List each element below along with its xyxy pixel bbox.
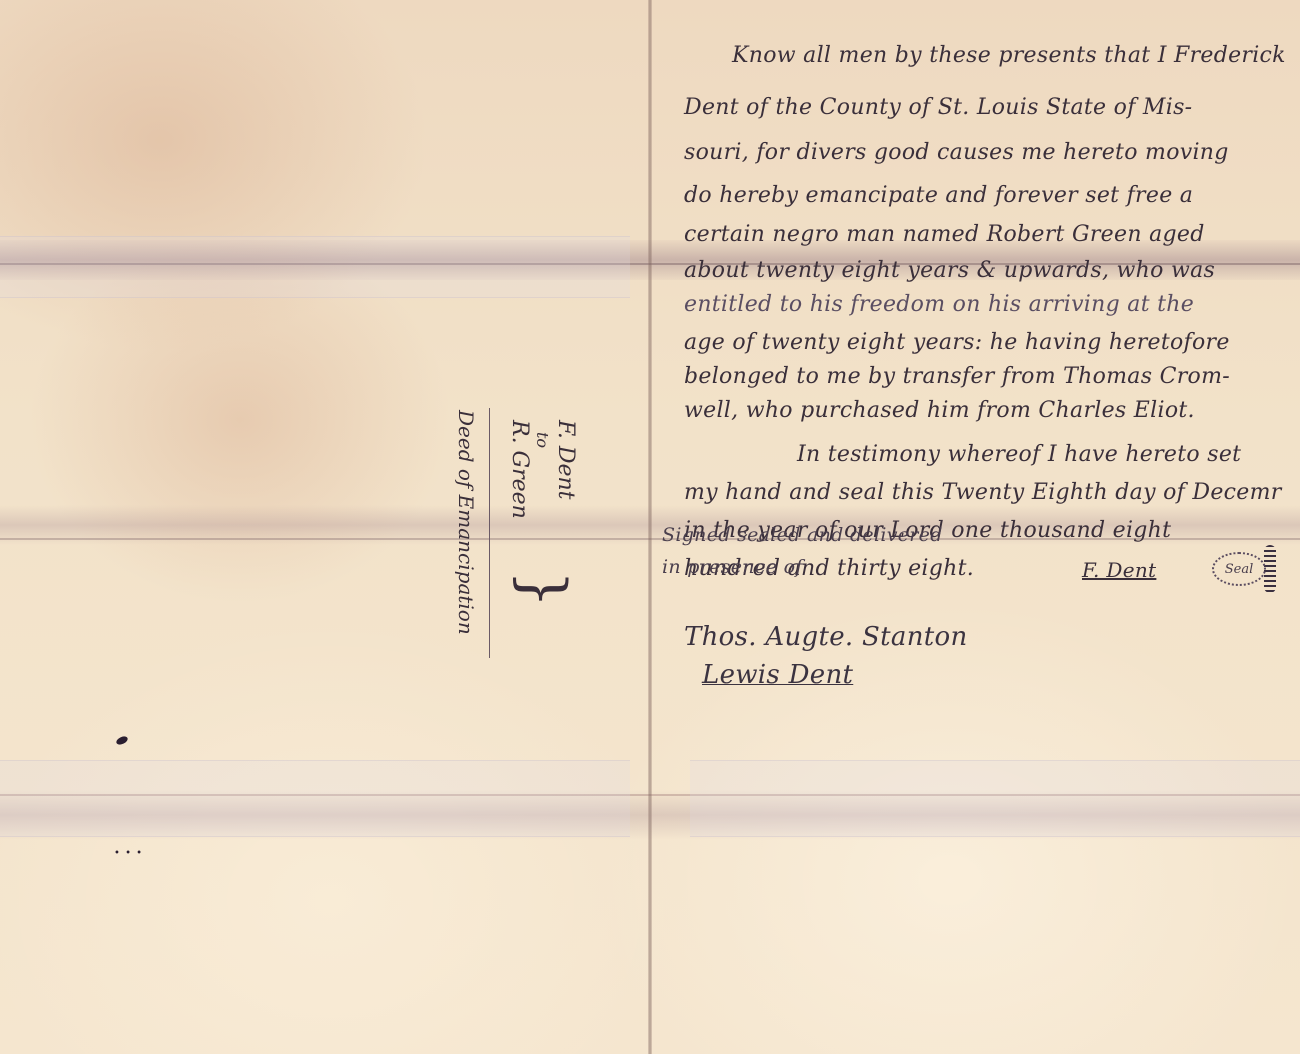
- deed-line-6: about twenty eight years & upwards, who …: [684, 258, 1215, 283]
- left-page: F. Dent to R. Green } Deed of Emancipati…: [0, 0, 648, 1054]
- seal: Seal: [1212, 552, 1266, 586]
- docket-line-1: F. Dent: [553, 420, 578, 500]
- deed-line-4: do hereby emancipate and forever set fre…: [684, 183, 1193, 208]
- grantor-signature: F. Dent: [1082, 558, 1156, 582]
- testimony-line-2: my hand and seal this Twenty Eighth day …: [684, 480, 1282, 505]
- attestation-line-2: in presence of: [662, 556, 803, 578]
- witness-signature-2: Lewis Dent: [702, 660, 853, 690]
- ink-blot: [115, 735, 129, 746]
- deed-line-3: souri, for divers good causes me hereto …: [684, 140, 1229, 165]
- deed-line-9: belonged to me by transfer from Thomas C…: [684, 364, 1230, 389]
- seal-label: Seal: [1225, 562, 1254, 577]
- deed-line-1: Know all men by these presents that I Fr…: [732, 43, 1286, 68]
- ink-specks: • • •: [114, 848, 143, 859]
- docket-line-3: R. Green: [507, 420, 532, 519]
- witness-signature-1: Thos. Augte. Stanton: [684, 622, 968, 652]
- testimony-line-1: In testimony whereof I have hereto set: [797, 442, 1241, 467]
- deed-line-8: age of twenty eight years: he having her…: [684, 330, 1230, 355]
- docket-line-4: Deed of Emancipation: [454, 410, 478, 635]
- deed-line-7: entitled to his freedom on his arriving …: [684, 292, 1194, 317]
- docket-line-2: to: [533, 432, 552, 448]
- document-scan: F. Dent to R. Green } Deed of Emancipati…: [0, 0, 1300, 1054]
- docket-rule: [489, 408, 490, 658]
- deed-line-2: Dent of the County of St. Louis State of…: [684, 95, 1192, 120]
- deed-line-10: well, who purchased him from Charles Eli…: [684, 398, 1195, 423]
- deed-line-5: certain negro man named Robert Green age…: [684, 222, 1205, 247]
- right-page: Know all men by these presents that I Fr…: [652, 0, 1300, 1054]
- docket-brace: }: [508, 570, 578, 608]
- attestation-line-1: Signed sealed and delivered: [662, 524, 943, 546]
